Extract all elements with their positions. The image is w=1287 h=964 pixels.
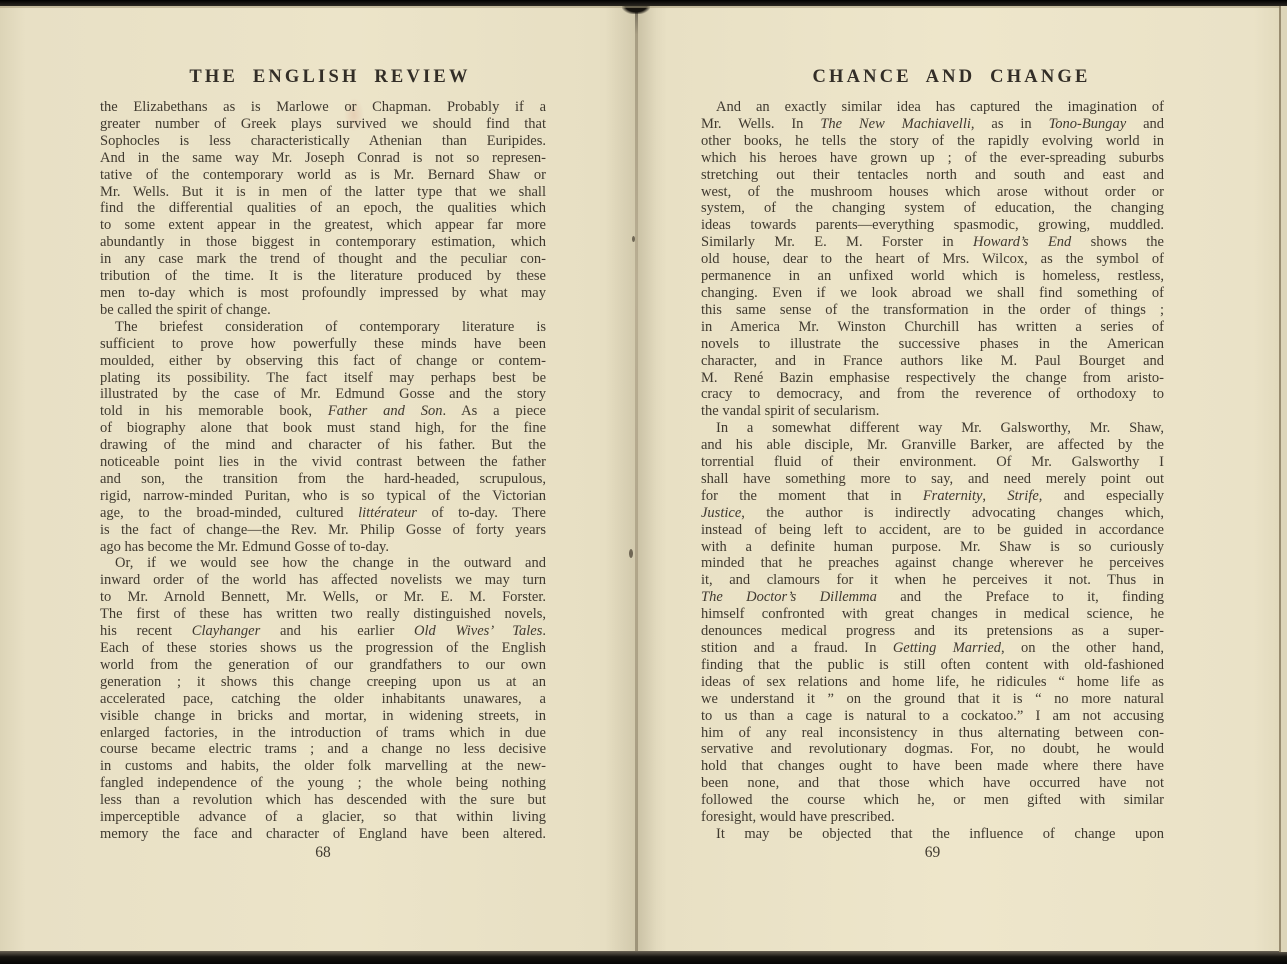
text-line: and son, the transition from the hard-he… [100, 471, 546, 488]
text-line: of biography alone that book must stand … [100, 420, 546, 437]
text-line: been none, and that those which have occ… [701, 775, 1164, 792]
text-line: which his heroes have grown up ; of the … [701, 150, 1164, 167]
text-line: ideas of sex relations and home life, he… [701, 674, 1164, 691]
text-line: find the differential qualities of an ep… [100, 200, 546, 217]
text-line: we understand it ” on the ground that it… [701, 691, 1164, 708]
text-line: himself confronted with great changes in… [701, 606, 1164, 623]
text-line: And in the same way Mr. Joseph Conrad is… [100, 150, 546, 167]
text-line: ideas towards parents—everything spasmod… [701, 217, 1164, 234]
text-line: system, of the changing system of educat… [701, 200, 1164, 217]
paragraph: Or, if we would see how the change in th… [100, 555, 546, 842]
text-line: generation ; it shows this change creepi… [100, 674, 546, 691]
text-line: inward order of the world has affected n… [100, 572, 546, 589]
text-line: to some extent appear in the greatest, w… [100, 217, 546, 234]
text-line: sufficient to prove how powerfully these… [100, 336, 546, 353]
text-line: Each of these stories shows us the progr… [100, 640, 546, 657]
scan-edge-top-line [0, 6, 1287, 8]
text-line: tative of the contemporary world as is M… [100, 167, 546, 184]
text-line: with a definite human purpose. Mr. Shaw … [701, 539, 1164, 556]
text-line: novels to illustrate the successive phas… [701, 336, 1164, 353]
text-line: And an exactly similar idea has captured… [701, 99, 1164, 116]
text-line: Similarly Mr. E. M. Forster in Howard’s … [701, 234, 1164, 251]
text-line: minded that he preaches against change w… [701, 555, 1164, 572]
text-line: for the moment that in Fraternity, Strif… [701, 488, 1164, 505]
text-line: finding that the public is still often c… [701, 657, 1164, 674]
paragraph: And an exactly similar idea has captured… [701, 99, 1164, 420]
text-line: Justice, the author is indirectly advoca… [701, 505, 1164, 522]
text-line: M. René Bazin emphasise respectively the… [701, 370, 1164, 387]
paragraph: the Elizabethans as is Marlowe or Chapma… [100, 99, 546, 319]
text-line: is the fact of change—the Rev. Mr. Phili… [100, 522, 546, 539]
running-head-right: CHANCE AND CHANGE [720, 67, 1183, 88]
text-line: age, to the broad-minded, cultured litté… [100, 505, 546, 522]
text-line: in customs and habits, the older folk ma… [100, 758, 546, 775]
text-line: in America Mr. Winston Churchill has wri… [701, 319, 1164, 336]
text-line: him of any real inconsistency in thus al… [701, 725, 1164, 742]
page-right-edge [1279, 6, 1287, 952]
text-line: abundantly in those biggest in contempor… [100, 234, 546, 251]
text-line: told in his memorable book, Father and S… [100, 403, 546, 420]
text-line: greater number of Greek plays survived w… [100, 116, 546, 133]
text-line: Or, if we would see how the change in th… [100, 555, 546, 572]
text-line: men to-day which is most profoundly impr… [100, 285, 546, 302]
text-line: his recent Clayhanger and his earlier Ol… [100, 623, 546, 640]
text-line: torrential fluid of their environment. O… [701, 454, 1164, 471]
text-line: ago has become the Mr. Edmund Gosse of t… [100, 539, 546, 556]
text-line: and his able disciple, Mr. Granville Bar… [701, 437, 1164, 454]
text-line: foresight, would have prescribed. [701, 809, 1164, 826]
text-line: fangled independence of the young ; the … [100, 775, 546, 792]
text-line: stition and a fraud. In Getting Married,… [701, 640, 1164, 657]
text-line: less than a revolution which has descend… [100, 792, 546, 809]
text-line: In a somewhat different way Mr. Galswort… [701, 420, 1164, 437]
text-line: the vandal spirit of secularism. [701, 403, 1164, 420]
text-line: rigid, narrow-minded Puritan, who is so … [100, 488, 546, 505]
text-line: servative and revolutionary dogmas. For,… [701, 741, 1164, 758]
text-line: visible change in bricks and mortar, in … [100, 708, 546, 725]
text-line: shall have something more to say, and ne… [701, 471, 1164, 488]
text-line: it, and clamours for it when he perceive… [701, 572, 1164, 589]
text-line: The first of these has written two reall… [100, 606, 546, 623]
text-line: memory the face and character of England… [100, 826, 546, 843]
text-line: course became electric trams ; and a cha… [100, 741, 546, 758]
text-line: enlarged factories, in the introduction … [100, 725, 546, 742]
left-page-text: the Elizabethans as is Marlowe or Chapma… [100, 99, 546, 843]
text-line: Mr. Wells. In The New Machiavelli, as in… [701, 116, 1164, 133]
text-line: instead of being left to accident, are t… [701, 522, 1164, 539]
paragraph: It may be objected that the influence of… [701, 826, 1164, 843]
text-line: The Doctor’s Dillemma and the Preface to… [701, 589, 1164, 606]
text-line: It may be objected that the influence of… [701, 826, 1164, 843]
text-line: imperceptible advance of a glacier, so t… [100, 809, 546, 826]
paper-speck [629, 549, 633, 558]
text-line: other books, he tells the story of the r… [701, 133, 1164, 150]
text-line: permanence in an unfixed world which is … [701, 268, 1164, 285]
text-line: cracy to democracy, and from the reveren… [701, 386, 1164, 403]
text-line: The briefest consideration of contempora… [100, 319, 546, 336]
text-line: this same sense of the transformation in… [701, 302, 1164, 319]
running-head-left: THE ENGLISH REVIEW [107, 67, 553, 88]
text-line: to us than a cage is natural to a cockat… [701, 708, 1164, 725]
paragraph: In a somewhat different way Mr. Galswort… [701, 420, 1164, 826]
right-page-text: And an exactly similar idea has captured… [701, 99, 1164, 843]
text-line: denounces medical progress and its prete… [701, 623, 1164, 640]
text-line: be called the spirit of change. [100, 302, 546, 319]
paragraph: The briefest consideration of contempora… [100, 319, 546, 556]
text-line: world from the generation of our grandfa… [100, 657, 546, 674]
text-line: followed the course which he, or men gif… [701, 792, 1164, 809]
text-line: the Elizabethans as is Marlowe or Chapma… [100, 99, 546, 116]
page-number-left: 68 [100, 844, 546, 862]
text-line: Sophocles is less characteristically Ath… [100, 133, 546, 150]
paper-speck [632, 236, 635, 242]
text-line: changing. Even if we look abroad we shal… [701, 285, 1164, 302]
page-number-right: 69 [701, 844, 1164, 862]
text-line: old house, dear to the heart of Mrs. Wil… [701, 251, 1164, 268]
text-line: to Mr. Arnold Bennett, Mr. Wells, or Mr.… [100, 589, 546, 606]
text-line: in any case mark the trend of thought an… [100, 251, 546, 268]
text-line: moulded, either by observing this fact o… [100, 353, 546, 370]
text-line: plating its possibility. The fact itself… [100, 370, 546, 387]
text-line: stretching out their tentacles north and… [701, 167, 1164, 184]
text-line: accelerated pace, catching the older inh… [100, 691, 546, 708]
scan-edge-bottom [0, 951, 1287, 964]
text-line: hold that changes ought to have been mad… [701, 758, 1164, 775]
text-line: drawing of the mind and character of his… [100, 437, 546, 454]
text-line: character, and in France authors like M.… [701, 353, 1164, 370]
text-line: noticeable point lies in the vivid contr… [100, 454, 546, 471]
text-line: Mr. Wells. But it is in men of the latte… [100, 184, 546, 201]
text-line: illustrated by the case of Mr. Edmund Go… [100, 386, 546, 403]
gutter-seam [635, 6, 638, 951]
text-line: west, of the mushroom houses which arose… [701, 184, 1164, 201]
text-line: tribution of the time. It is the literat… [100, 268, 546, 285]
